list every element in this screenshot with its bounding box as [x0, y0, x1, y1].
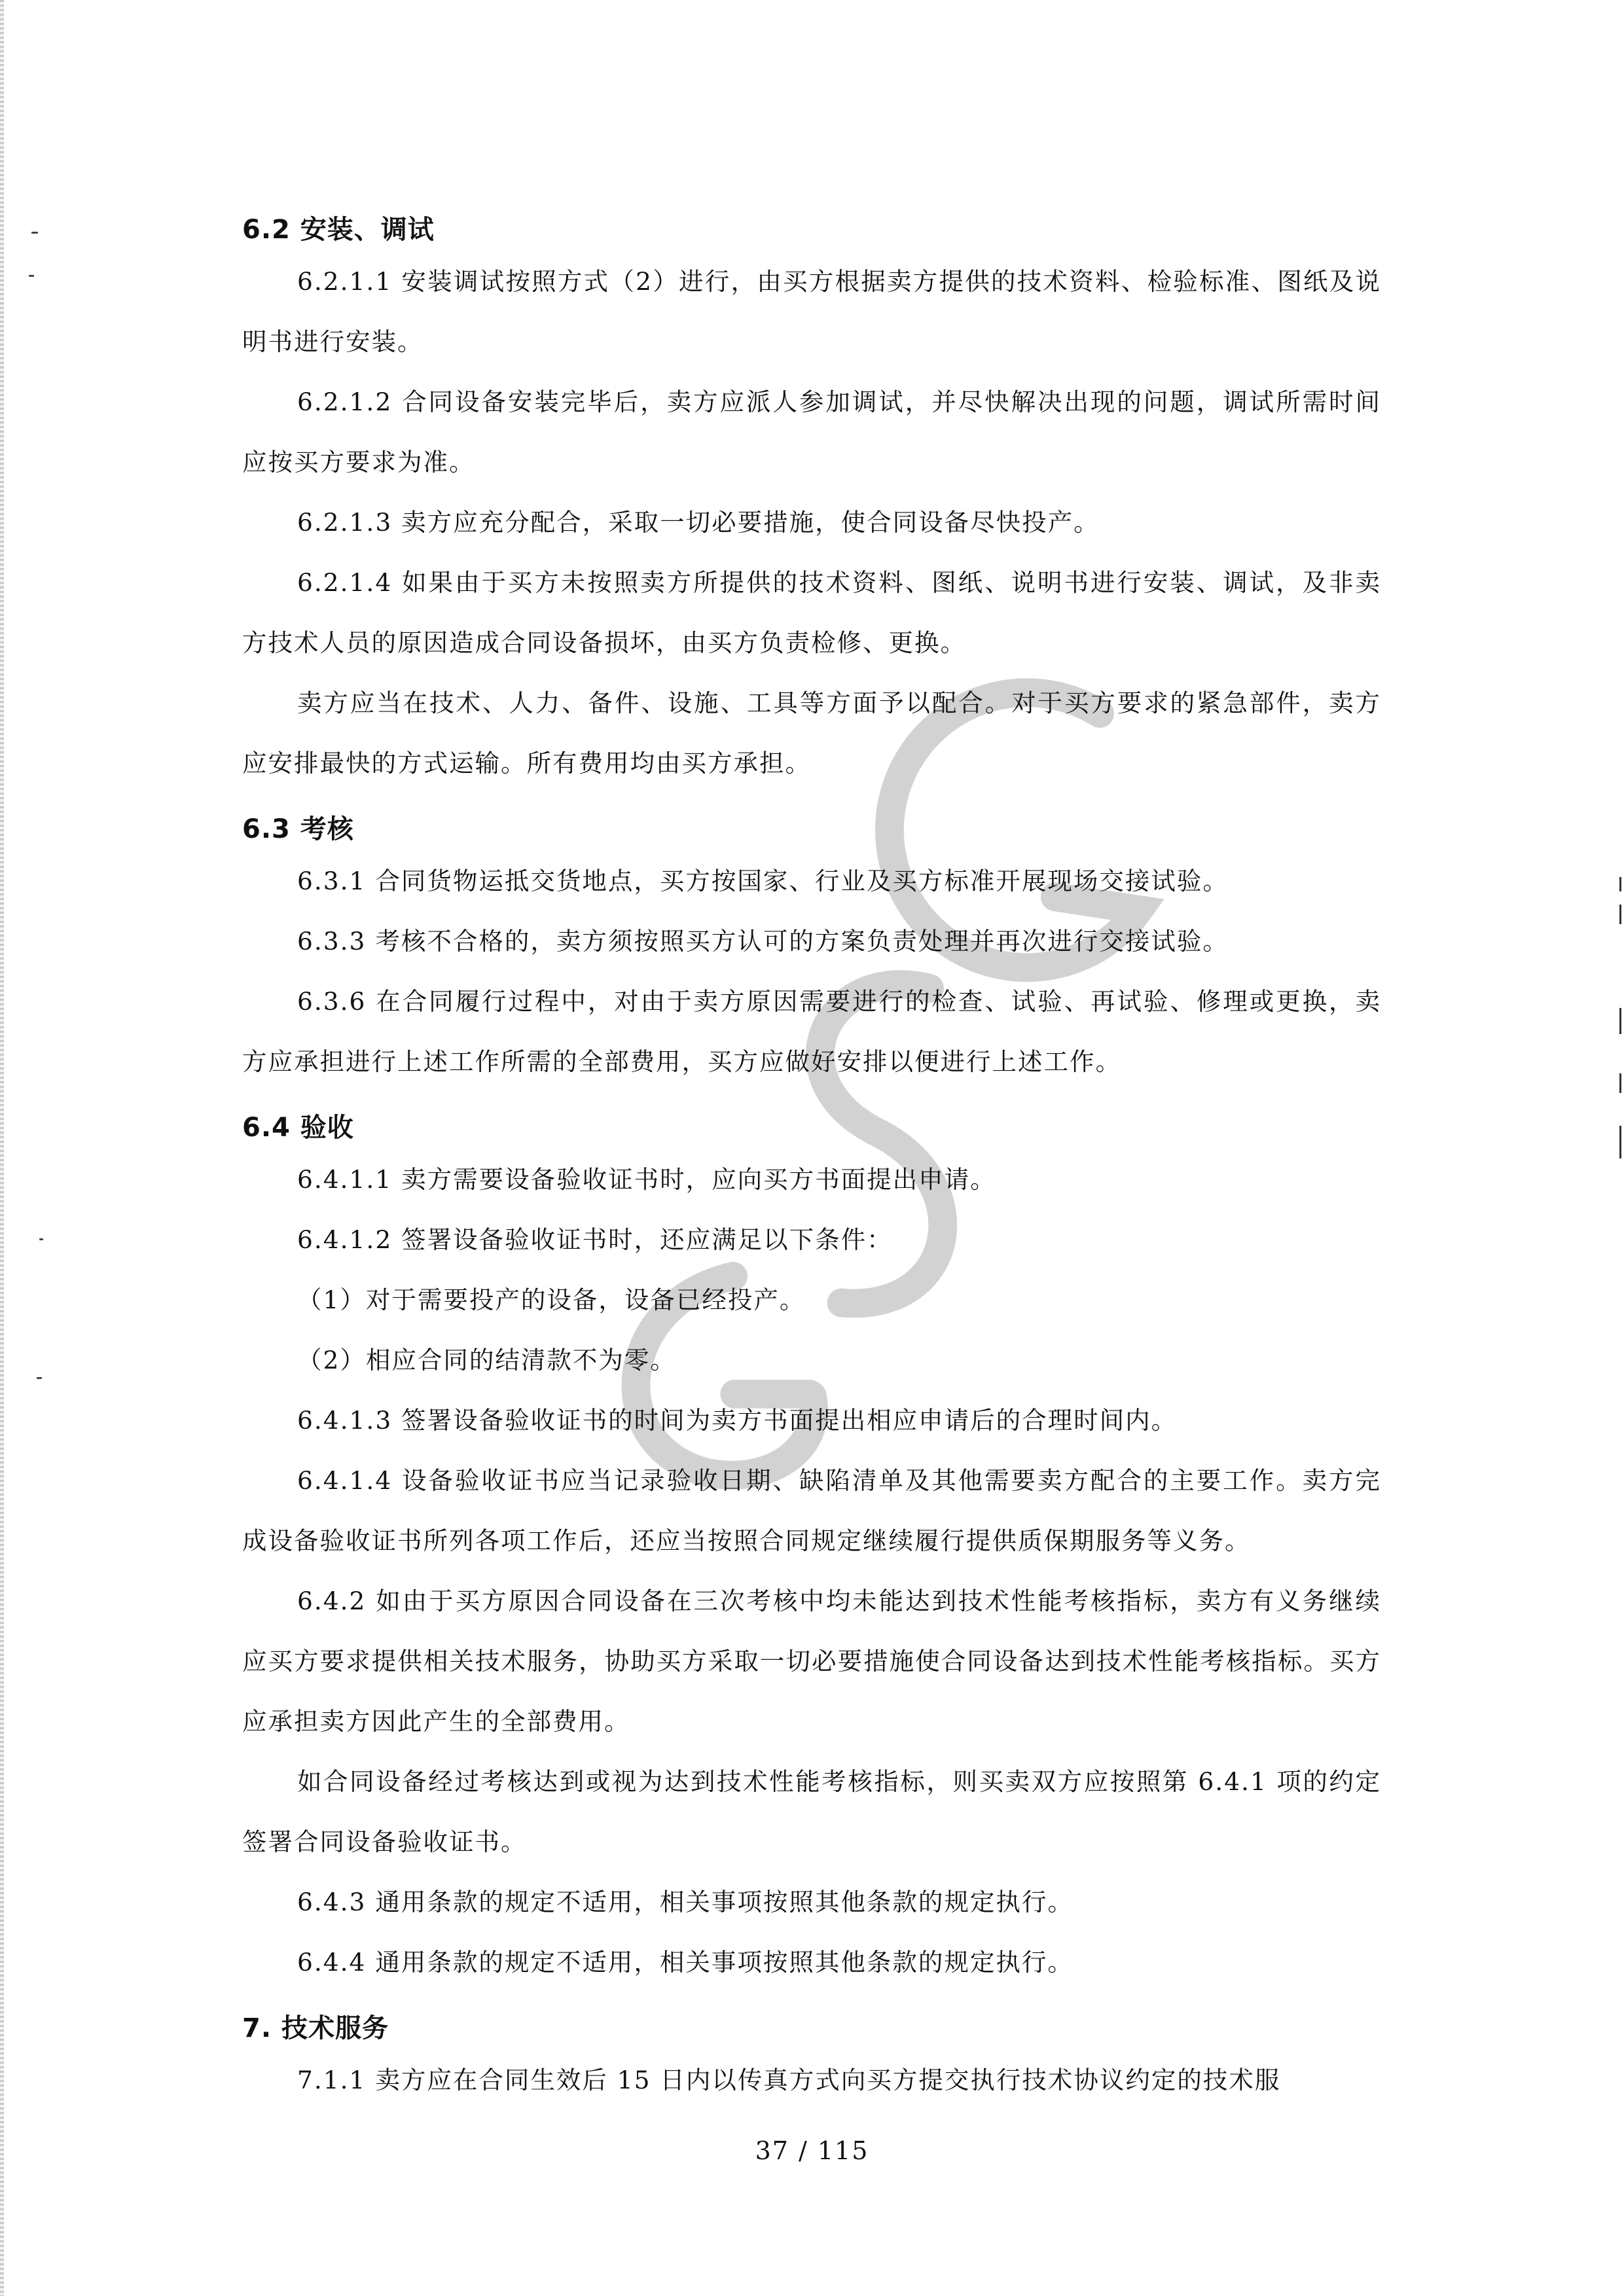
- section-heading-6-2: 6.2 安装、调试: [242, 208, 1381, 251]
- paragraph-6-4-1-2: 6.4.1.2 签署设备验收证书时，还应满足以下条件：: [242, 1210, 1381, 1270]
- scan-right-edge-marks: [1619, 877, 1622, 1165]
- paragraph-6-4-4: 6.4.4 通用条款的规定不适用，相关事项按照其他条款的规定执行。: [242, 1932, 1381, 1992]
- scan-speck: [37, 1377, 42, 1379]
- paragraph-6-4-1-4: 6.4.1.4 设备验收证书应当记录验收日期、缺陷清单及其他需要卖方配合的主要工…: [242, 1450, 1381, 1571]
- page-number: 37 / 115: [0, 2136, 1624, 2165]
- paragraph-acceptance-certificate: 如合同设备经过考核达到或视为达到技术性能考核指标，则买卖双方应按照第 6.4.1…: [242, 1751, 1381, 1872]
- section-heading-6-3: 6.3 考核: [242, 808, 1381, 851]
- paragraph-6-4-3: 6.4.3 通用条款的规定不适用，相关事项按照其他条款的规定执行。: [242, 1872, 1381, 1932]
- paragraph-seller-cooperation: 卖方应当在技术、人力、备件、设施、工具等方面予以配合。对于买方要求的紧急部件，卖…: [242, 673, 1381, 793]
- list-item-condition-1: （1）对于需要投产的设备，设备已经投产。: [242, 1270, 1381, 1330]
- scan-speck: [29, 275, 34, 277]
- document-page: 6.2 安装、调试 6.2.1.1 安装调试按照方式（2）进行，由买方根据卖方提…: [242, 208, 1381, 2110]
- paragraph-6-3-3: 6.3.3 考核不合格的，卖方须按照买方认可的方案负责处理并再次进行交接试验。: [242, 911, 1381, 971]
- section-heading-6-4: 6.4 验收: [242, 1106, 1381, 1149]
- paragraph-6-4-2: 6.4.2 如由于买方原因合同设备在三次考核中均未能达到技术性能考核指标，卖方有…: [242, 1571, 1381, 1751]
- paragraph-6-2-1-1: 6.2.1.1 安装调试按照方式（2）进行，由买方根据卖方提供的技术资料、检验标…: [242, 251, 1381, 372]
- list-item-condition-2: （2）相应合同的结清款不为零。: [242, 1330, 1381, 1390]
- paragraph-6-3-1: 6.3.1 合同货物运抵交货地点，买方按国家、行业及买方标准开展现场交接试验。: [242, 851, 1381, 911]
- paragraph-6-2-1-3: 6.2.1.3 卖方应充分配合，采取一切必要措施，使合同设备尽快投产。: [242, 492, 1381, 552]
- scan-speck: [31, 232, 38, 234]
- paragraph-7-1-1: 7.1.1 卖方应在合同生效后 15 日内以传真方式向买方提交执行技术协议约定的…: [242, 2050, 1381, 2110]
- paragraph-6-2-1-4: 6.2.1.4 如果由于买方未按照卖方所提供的技术资料、图纸、说明书进行安装、调…: [242, 552, 1381, 673]
- paragraph-6-4-1-1: 6.4.1.1 卖方需要设备验收证书时，应向买方书面提出申请。: [242, 1149, 1381, 1210]
- paragraph-6-3-6: 6.3.6 在合同履行过程中，对由于卖方原因需要进行的检查、试验、再试验、修理或…: [242, 971, 1381, 1092]
- paragraph-6-2-1-2: 6.2.1.2 合同设备安装完毕后，卖方应派人参加调试，并尽快解决出现的问题，调…: [242, 372, 1381, 492]
- paragraph-6-4-1-3: 6.4.1.3 签署设备验收证书的时间为卖方书面提出相应申请后的合理时间内。: [242, 1390, 1381, 1450]
- section-heading-7: 7. 技术服务: [242, 2007, 1381, 2050]
- scan-speck: [39, 1238, 43, 1240]
- scan-edge-artifact: [0, 0, 4, 2296]
